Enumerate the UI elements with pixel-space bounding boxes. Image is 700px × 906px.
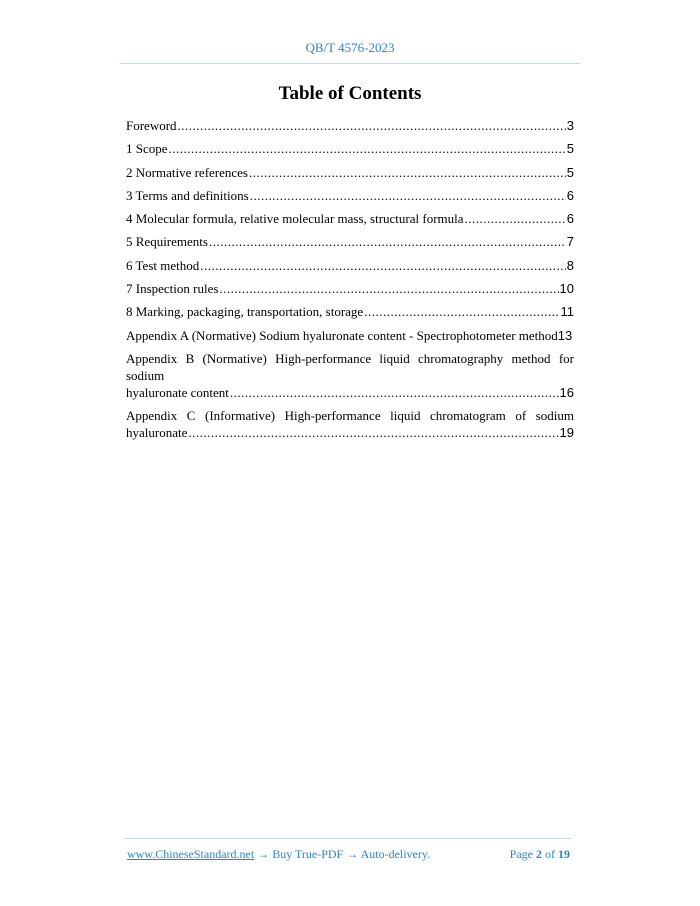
footer-divider bbox=[124, 838, 571, 839]
toc-entry-page: 5 bbox=[567, 164, 574, 181]
toc-entry-terms-definitions[interactable]: 3 Terms and definitions 6 bbox=[126, 187, 574, 204]
dot-leader bbox=[249, 164, 566, 181]
page-prefix: Page bbox=[510, 847, 536, 861]
toc-entry-page: 13 bbox=[558, 327, 572, 344]
toc-entry-appendix-a[interactable]: Appendix A (Normative) Sodium hyaluronat… bbox=[126, 327, 574, 344]
toc-entry-test-method[interactable]: 6 Test method 8 bbox=[126, 257, 574, 274]
toc-entry-label: Appendix A (Normative) Sodium hyaluronat… bbox=[126, 327, 558, 344]
toc-entry-label-line1: Appendix B (Normative) High-performance … bbox=[126, 350, 574, 384]
footer-promo-text: → Buy True-PDF → Auto-delivery. bbox=[254, 847, 430, 861]
toc-entry-label-line1: Appendix C (Informative) High-performanc… bbox=[126, 407, 574, 424]
toc-entry-marking-packaging[interactable]: 8 Marking, packaging, transportation, st… bbox=[126, 303, 574, 320]
dot-leader bbox=[209, 233, 566, 250]
toc-entry-scope[interactable]: 1 Scope 5 bbox=[126, 140, 574, 157]
toc-entry-inspection-rules[interactable]: 7 Inspection rules 10 bbox=[126, 280, 574, 297]
toc-entry-foreword[interactable]: Foreword 3 bbox=[126, 117, 574, 134]
toc-entry-label: 2 Normative references bbox=[126, 164, 248, 181]
toc-entry-page: 8 bbox=[567, 257, 574, 274]
toc-entry-appendix-c[interactable]: Appendix C (Informative) High-performanc… bbox=[126, 407, 574, 441]
toc-entry-page: 3 bbox=[567, 117, 574, 134]
dot-leader bbox=[250, 187, 566, 204]
toc-entry-page: 5 bbox=[567, 140, 574, 157]
page-indicator: Page 2 of 19 bbox=[510, 847, 570, 862]
toc-entry-label: Foreword bbox=[126, 117, 177, 134]
toc-entry-label: 7 Inspection rules bbox=[126, 280, 218, 297]
toc-entry-label-line2: hyaluronate content bbox=[126, 384, 229, 401]
toc-entry-page: 10 bbox=[560, 280, 574, 297]
current-page-number: 2 bbox=[536, 847, 542, 861]
toc-entry-label: 8 Marking, packaging, transportation, st… bbox=[126, 303, 363, 320]
toc-entry-page: 11 bbox=[561, 303, 575, 320]
page-title: Table of Contents bbox=[0, 83, 700, 105]
toc-entry-page: 16 bbox=[560, 384, 574, 401]
page-separator: of bbox=[545, 847, 558, 861]
toc-entry-label: 6 Test method bbox=[126, 257, 199, 274]
toc-entry-page: 19 bbox=[560, 424, 574, 441]
page-footer: www.ChineseStandard.net → Buy True-PDF →… bbox=[127, 847, 570, 862]
toc-entry-normative-references[interactable]: 2 Normative references 5 bbox=[126, 164, 574, 181]
dot-leader bbox=[219, 280, 558, 297]
website-link[interactable]: www.ChineseStandard.net bbox=[127, 847, 254, 861]
dot-leader bbox=[169, 140, 566, 157]
toc-entry-label: 4 Molecular formula, relative molecular … bbox=[126, 210, 464, 227]
total-pages: 19 bbox=[558, 847, 570, 861]
toc-entry-page: 6 bbox=[567, 210, 574, 227]
dot-leader bbox=[188, 424, 558, 441]
toc-entry-molecular-formula[interactable]: 4 Molecular formula, relative molecular … bbox=[126, 210, 574, 227]
toc-entry-label: 3 Terms and definitions bbox=[126, 187, 249, 204]
toc-entry-label: 1 Scope bbox=[126, 140, 168, 157]
toc-entry-label-line2: hyaluronate bbox=[126, 424, 187, 441]
footer-promo: www.ChineseStandard.net → Buy True-PDF →… bbox=[127, 847, 430, 862]
toc-entry-page: 6 bbox=[567, 187, 574, 204]
toc-entry-page: 7 bbox=[567, 233, 574, 250]
dot-leader bbox=[178, 117, 566, 134]
table-of-contents: Foreword 3 1 Scope 5 2 Normative referen… bbox=[126, 117, 574, 448]
dot-leader bbox=[230, 384, 559, 401]
dot-leader bbox=[364, 303, 559, 320]
standard-code: QB/T 4576-2023 bbox=[0, 40, 700, 56]
dot-leader bbox=[200, 257, 566, 274]
toc-entry-label: 5 Requirements bbox=[126, 233, 208, 250]
toc-entry-appendix-b[interactable]: Appendix B (Normative) High-performance … bbox=[126, 350, 574, 401]
dot-leader bbox=[465, 210, 566, 227]
header-divider bbox=[120, 63, 580, 64]
toc-entry-requirements[interactable]: 5 Requirements 7 bbox=[126, 233, 574, 250]
